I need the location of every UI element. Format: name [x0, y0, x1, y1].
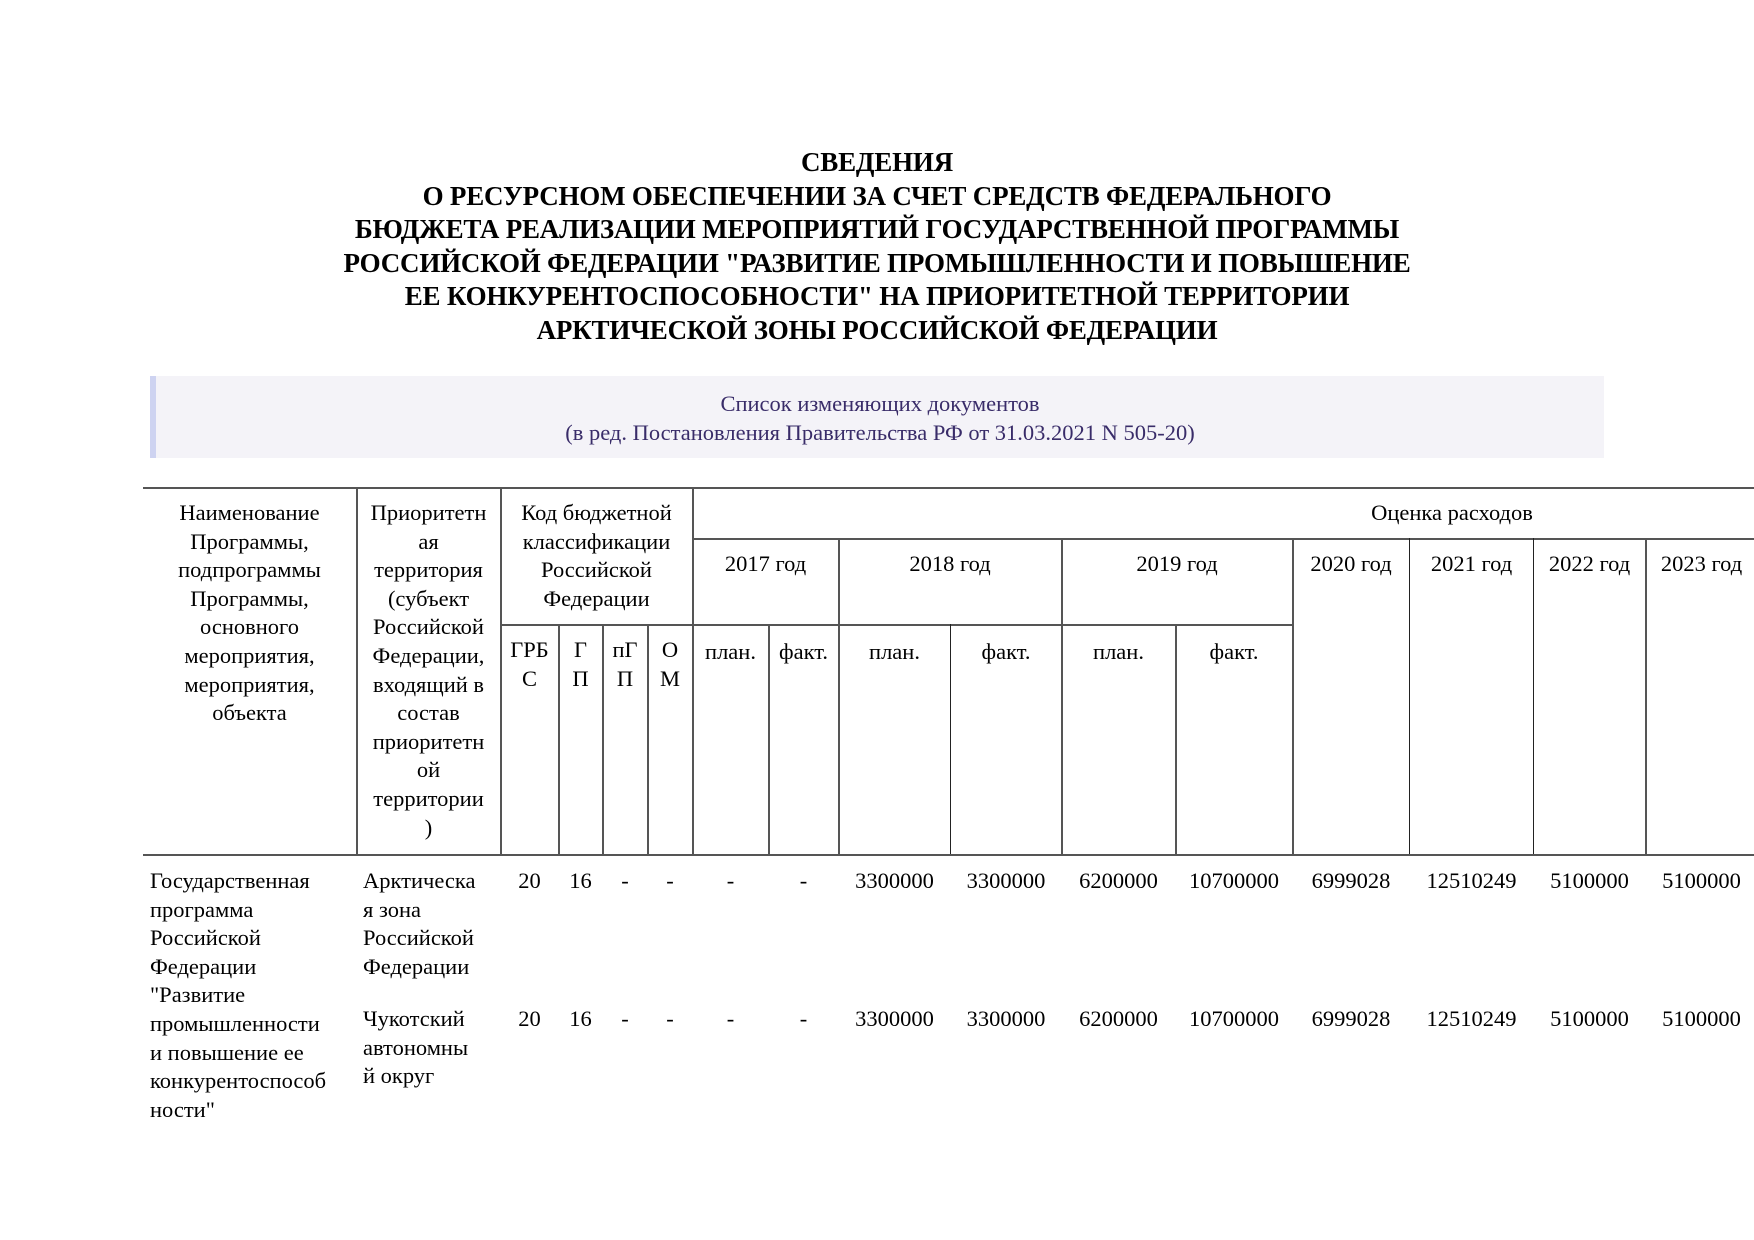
header-year-2021: 2021 год [1410, 550, 1533, 579]
col-divider [1292, 538, 1294, 854]
header-2018-plan: план. [839, 638, 950, 667]
y2020-cell: 6999028 [1293, 1005, 1409, 1034]
y2018-fact-cell: 3300000 [951, 867, 1061, 896]
y2021-cell: 12510249 [1410, 867, 1533, 896]
header-2019-plan: план. [1062, 638, 1175, 667]
header-2019-fact: факт. [1176, 638, 1292, 667]
col-divider [1645, 538, 1647, 854]
y2022-cell: 5100000 [1534, 867, 1645, 896]
estimate-header-divider [692, 538, 1754, 540]
header-grbs: ГРБС [501, 636, 558, 693]
y2018-fact-cell: 3300000 [951, 1005, 1061, 1034]
om-cell: - [648, 1005, 692, 1034]
header-budget-classification: Код бюджетнойклассификации РоссийскойФед… [501, 499, 692, 613]
header-om: ОМ [648, 636, 692, 693]
document-title: СВЕДЕНИЯ О РЕСУРСНОМ ОБЕСПЕЧЕНИИ ЗА СЧЕТ… [0, 146, 1754, 348]
pgp-cell: - [603, 867, 647, 896]
header-year-2018: 2018 год [839, 550, 1061, 579]
kbk-header-divider [500, 624, 1292, 626]
title-line: РОССИЙСКОЙ ФЕДЕРАЦИИ "РАЗВИТИЕ ПРОМЫШЛЕН… [0, 247, 1754, 281]
header-year-2017: 2017 год [693, 550, 838, 579]
y2020-cell: 6999028 [1293, 867, 1409, 896]
header-year-2019: 2019 год [1062, 550, 1292, 579]
grbs-cell: 20 [501, 867, 558, 896]
header-expense-estimate: Оценка расходов [1292, 499, 1612, 528]
territory-cell: Арктическая зона РоссийскойФедерации [363, 867, 500, 981]
title-line: О РЕСУРСНОМ ОБЕСПЕЧЕНИИ ЗА СЧЕТ СРЕДСТВ … [0, 180, 1754, 214]
y2017-plan-cell: - [693, 1005, 768, 1034]
grbs-cell: 20 [501, 1005, 558, 1034]
y2019-plan-cell: 6200000 [1062, 1005, 1175, 1034]
col-divider [1409, 538, 1410, 854]
amendments-note: Список изменяющих документов (в ред. Пос… [150, 376, 1604, 458]
y2021-cell: 12510249 [1410, 1005, 1533, 1034]
table-top-border [143, 487, 1754, 489]
header-2018-fact: факт. [951, 638, 1061, 667]
om-cell: - [648, 867, 692, 896]
title-line: ЕЕ КОНКУРЕНТОСПОСОБНОСТИ" НА ПРИОРИТЕТНО… [0, 280, 1754, 314]
col-divider [692, 487, 694, 854]
title-line: БЮДЖЕТА РЕАЛИЗАЦИИ МЕРОПРИЯТИЙ ГОСУДАРСТ… [0, 213, 1754, 247]
title-line: СВЕДЕНИЯ [0, 146, 1754, 180]
y2023-cell: 5100000 [1646, 1005, 1754, 1034]
gp-cell: 16 [559, 1005, 602, 1034]
header-pgp: пГП [603, 636, 647, 693]
header-year-2023: 2023 год [1646, 550, 1754, 579]
y2017-fact-cell: - [769, 1005, 838, 1034]
program-name-cell: Государственнаяпрограмма РоссийскойФедер… [150, 867, 356, 1124]
amendments-note-reference[interactable]: (в ред. Постановления Правительства РФ о… [156, 418, 1604, 447]
y2019-plan-cell: 6200000 [1062, 867, 1175, 896]
col-divider [1533, 538, 1534, 854]
header-program-name: НаименованиеПрограммы, подпрограммыПрогр… [143, 499, 356, 728]
territory-cell: Чукотскийавтономны й округ [363, 1005, 500, 1091]
amendments-note-title: Список изменяющих документов [156, 389, 1604, 418]
gp-cell: 16 [559, 867, 602, 896]
y2019-fact-cell: 10700000 [1176, 867, 1292, 896]
col-divider [1061, 538, 1063, 854]
header-2017-plan: план. [693, 638, 768, 667]
header-year-2022: 2022 год [1534, 550, 1645, 579]
y2018-plan-cell: 3300000 [839, 867, 950, 896]
y2019-fact-cell: 10700000 [1176, 1005, 1292, 1034]
y2017-plan-cell: - [693, 867, 768, 896]
title-line: АРКТИЧЕСКОЙ ЗОНЫ РОССИЙСКОЙ ФЕДЕРАЦИИ [0, 314, 1754, 348]
header-2017-fact: факт. [769, 638, 838, 667]
y2018-plan-cell: 3300000 [839, 1005, 950, 1034]
header-year-2020: 2020 год [1293, 550, 1409, 579]
y2022-cell: 5100000 [1534, 1005, 1645, 1034]
header-bottom-border [143, 854, 1754, 856]
header-priority-territory: Приоритетная территория(субъект Российск… [357, 499, 500, 842]
y2017-fact-cell: - [769, 867, 838, 896]
pgp-cell: - [603, 1005, 647, 1034]
header-gp: ГП [559, 636, 602, 693]
col-divider [838, 538, 840, 854]
y2023-cell: 5100000 [1646, 867, 1754, 896]
